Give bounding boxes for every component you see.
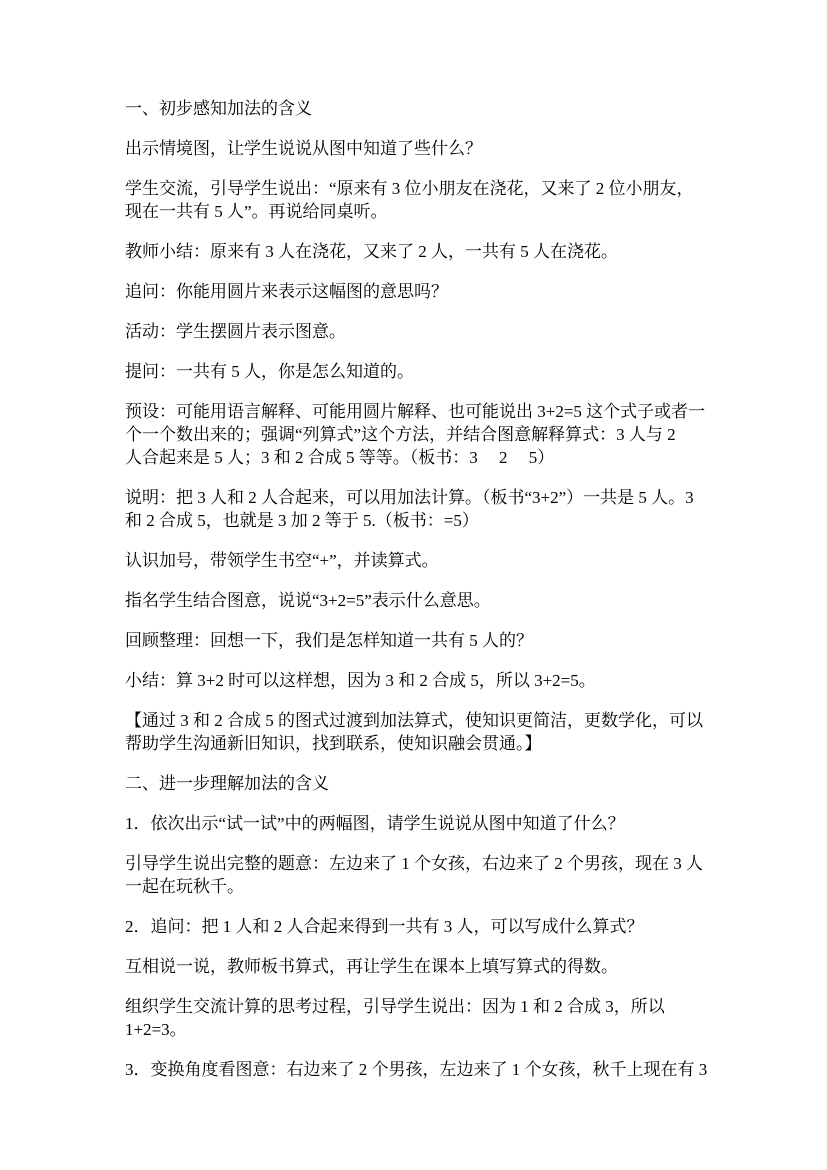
paragraph: 说明：把 3 人和 2 人合起来，可以用加法计算。（板书“3+2”）一共是 5 … bbox=[125, 486, 717, 532]
section-2-heading: 二、进一步理解加法的含义 bbox=[125, 772, 717, 795]
paragraph: 小结：算 3+2 时可以这样想，因为 3 和 2 合成 5，所以 3+2=5。 bbox=[125, 669, 717, 692]
paragraph: 活动：学生摆圆片表示图意。 bbox=[125, 320, 717, 343]
paragraph-design-note: 【通过 3 和 2 合成 5 的图式过渡到加法算式，使知识更简洁，更数学化，可以… bbox=[125, 709, 717, 755]
paragraph: 1．依次出示“试一试”中的两幅图，请学生说说从图中知道了什么？ bbox=[125, 812, 717, 835]
paragraph: 引导学生说出完整的题意：左边来了 1 个女孩，右边来了 2 个男孩，现在 3 人… bbox=[125, 852, 717, 898]
paragraph: 组织学生交流计算的思考过程，引导学生说出：因为 1 和 2 合成 3，所以 1+… bbox=[125, 995, 717, 1041]
paragraph: 2．追问：把 1 人和 2 人合起来得到一共有 3 人，可以写成什么算式？ bbox=[125, 915, 717, 938]
paragraph: 互相说一说，教师板书算式，再让学生在课本上填写算式的得数。 bbox=[125, 955, 717, 978]
paragraph: 提问：一共有 5 人，你是怎么知道的。 bbox=[125, 360, 717, 383]
document-page: 一、初步感知加法的含义 出示情境图，让学生说说从图中知道了些什么？ 学生交流，引… bbox=[0, 0, 827, 1170]
section-1-heading: 一、初步感知加法的含义 bbox=[125, 97, 717, 120]
paragraph: 追问：你能用圆片来表示这幅图的意思吗？ bbox=[125, 280, 717, 303]
paragraph: 教师小结：原来有 3 人在浇花，又来了 2 人，一共有 5 人在浇花。 bbox=[125, 240, 717, 263]
paragraph: 3．变换角度看图意：右边来了 2 个男孩，左边来了 1 个女孩，秋千上现在有 3 bbox=[125, 1058, 717, 1081]
paragraph: 认识加号，带领学生书空“+”，并读算式。 bbox=[125, 549, 717, 572]
paragraph: 出示情境图，让学生说说从图中知道了些什么？ bbox=[125, 137, 717, 160]
paragraph: 指名学生结合图意，说说“3+2=5”表示什么意思。 bbox=[125, 589, 717, 612]
paragraph: 学生交流，引导学生说出：“原来有 3 位小朋友在浇花，又来了 2 位小朋友， 现… bbox=[125, 177, 717, 223]
paragraph: 回顾整理：回想一下，我们是怎样知道一共有 5 人的？ bbox=[125, 629, 717, 652]
paragraph: 预设：可能用语言解释、可能用圆片解释、也可能说出 3+2=5 这个式子或者一 个… bbox=[125, 400, 717, 469]
